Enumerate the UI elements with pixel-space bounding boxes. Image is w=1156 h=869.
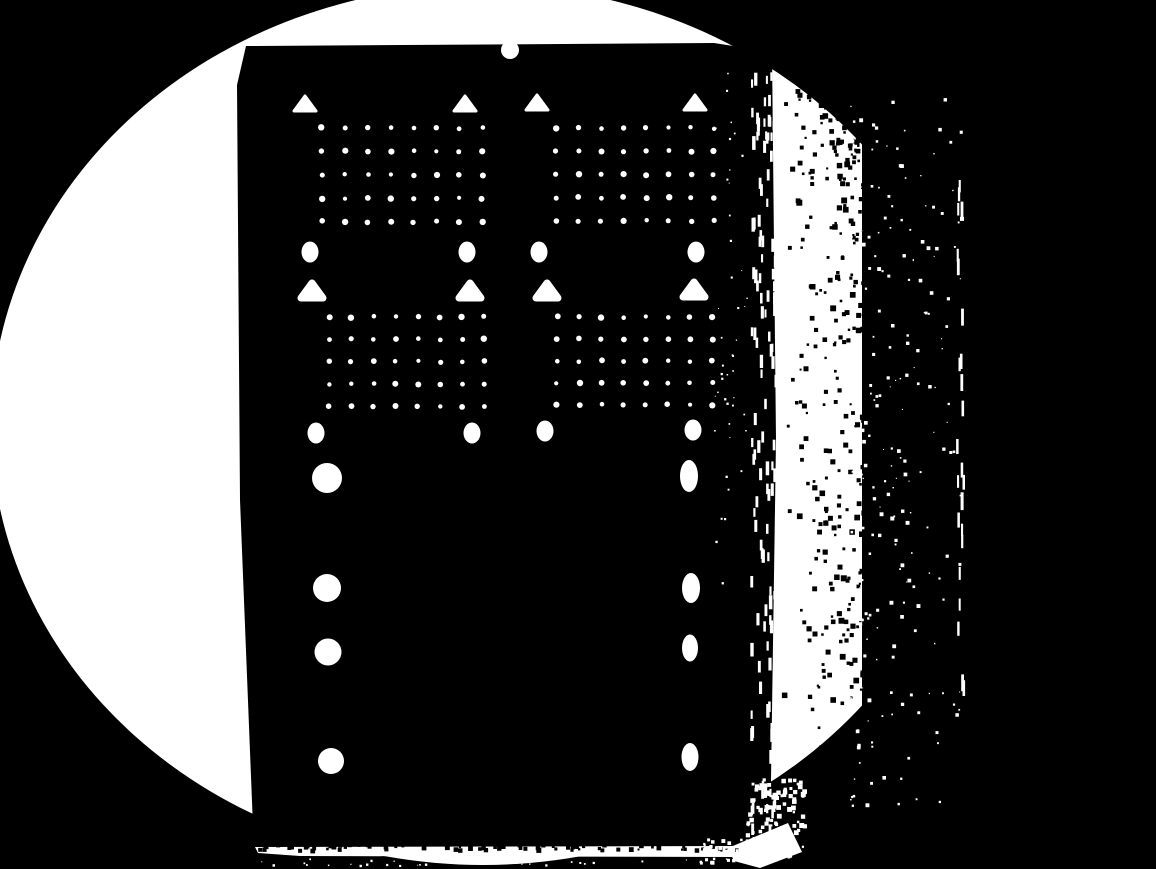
white-speckle bbox=[878, 534, 881, 537]
white-speckle bbox=[851, 698, 852, 699]
black-speckle bbox=[394, 845, 397, 848]
white-speckle bbox=[859, 157, 862, 160]
probe-dot bbox=[348, 359, 353, 364]
black-speckle bbox=[808, 695, 812, 699]
black-speckle bbox=[842, 547, 845, 550]
white-speckle bbox=[868, 236, 870, 238]
black-speckle bbox=[809, 100, 811, 102]
white-speckle bbox=[903, 602, 905, 604]
black-speckle bbox=[865, 167, 869, 171]
probe-dot bbox=[416, 359, 420, 363]
white-speckle bbox=[877, 267, 881, 271]
black-speckle bbox=[835, 88, 838, 91]
white-speckle bbox=[876, 609, 879, 612]
black-speckle bbox=[848, 739, 852, 743]
black-speckle bbox=[853, 678, 859, 684]
white-speckle bbox=[859, 762, 861, 764]
black-speckle bbox=[818, 75, 821, 78]
black-speckle bbox=[853, 285, 856, 288]
black-speckle bbox=[852, 548, 856, 552]
white-speckle bbox=[754, 844, 756, 846]
white-speckle bbox=[306, 864, 308, 866]
white-speckle bbox=[859, 186, 861, 188]
probe-dot bbox=[343, 197, 347, 201]
white-speckle bbox=[871, 741, 873, 743]
probe-dot bbox=[415, 404, 420, 409]
white-speckle bbox=[760, 355, 763, 368]
white-speckle bbox=[754, 841, 756, 843]
white-speckle bbox=[861, 429, 865, 433]
black-speckle bbox=[825, 510, 828, 513]
white-speckle bbox=[863, 654, 866, 657]
white-speckle bbox=[851, 531, 854, 534]
white-speckle bbox=[579, 862, 581, 864]
white-speckle bbox=[854, 138, 856, 140]
black-speckle bbox=[851, 154, 853, 156]
black-speckle bbox=[854, 515, 860, 521]
white-speckle bbox=[761, 826, 765, 830]
black-speckle bbox=[616, 848, 620, 852]
white-speckle bbox=[773, 591, 775, 599]
white-speckle bbox=[480, 861, 481, 862]
white-speckle bbox=[850, 313, 854, 317]
white-speckle bbox=[851, 590, 852, 591]
white-speckle bbox=[942, 448, 945, 451]
black-speckle bbox=[863, 67, 868, 72]
white-speckle bbox=[875, 404, 878, 407]
black-speckle bbox=[831, 615, 833, 617]
probe-dot bbox=[343, 126, 348, 131]
probe-dot bbox=[689, 172, 695, 178]
white-speckle bbox=[864, 421, 868, 425]
white-speckle bbox=[896, 478, 897, 479]
white-speckle bbox=[942, 599, 944, 601]
oval-marker bbox=[459, 242, 476, 263]
white-speckle bbox=[883, 449, 884, 450]
white-speckle bbox=[852, 520, 853, 521]
white-speckle bbox=[767, 552, 769, 561]
probe-dot bbox=[349, 336, 354, 341]
white-speckle bbox=[920, 471, 922, 473]
white-speckle bbox=[853, 396, 856, 399]
black-speckle bbox=[836, 138, 840, 142]
white-speckle bbox=[715, 128, 717, 130]
white-speckle bbox=[856, 730, 860, 734]
black-speckle bbox=[478, 847, 482, 851]
white-speckle bbox=[949, 451, 952, 454]
white-speckle bbox=[328, 865, 330, 867]
probe-dot bbox=[553, 402, 559, 408]
black-speckle bbox=[850, 93, 853, 96]
white-speckle bbox=[894, 539, 897, 542]
probe-dot bbox=[479, 196, 485, 202]
probe-dot bbox=[457, 196, 461, 200]
white-speckle bbox=[893, 487, 894, 488]
black-speckle bbox=[812, 586, 817, 591]
white-speckle bbox=[741, 846, 744, 849]
black-speckle bbox=[812, 130, 816, 134]
white-speckle bbox=[749, 818, 754, 823]
probe-dot bbox=[481, 125, 486, 130]
white-speckle bbox=[898, 803, 900, 805]
black-speckle bbox=[518, 845, 520, 847]
white-speckle bbox=[571, 861, 573, 863]
white-speckle bbox=[957, 513, 960, 528]
probe-dot bbox=[343, 172, 347, 176]
black-speckle bbox=[840, 300, 843, 303]
oval-marker bbox=[464, 423, 481, 444]
black-speckle bbox=[857, 160, 860, 163]
probe-dot bbox=[621, 337, 627, 343]
white-speckle bbox=[953, 451, 956, 454]
white-speckle bbox=[748, 812, 752, 816]
white-speckle bbox=[929, 693, 930, 694]
black-speckle bbox=[800, 774, 805, 779]
white-speckle bbox=[857, 744, 860, 747]
black-speckle bbox=[834, 534, 836, 536]
white-speckle bbox=[521, 864, 522, 865]
white-speckle bbox=[793, 811, 795, 813]
white-speckle bbox=[884, 217, 887, 220]
probe-dot bbox=[712, 218, 717, 223]
black-speckle bbox=[804, 436, 809, 441]
black-speckle bbox=[298, 849, 302, 853]
white-speckle bbox=[753, 508, 755, 517]
white-speckle bbox=[764, 399, 767, 409]
black-speckle bbox=[348, 843, 352, 847]
probe-dot bbox=[598, 337, 603, 342]
white-speckle bbox=[775, 375, 778, 388]
black-speckle bbox=[788, 509, 792, 513]
black-speckle bbox=[821, 80, 824, 83]
black-speckle bbox=[809, 284, 813, 288]
white-speckle bbox=[765, 822, 769, 826]
probe-dot bbox=[411, 173, 416, 178]
white-speckle bbox=[909, 229, 911, 231]
white-speckle bbox=[722, 365, 724, 367]
white-speckle bbox=[899, 164, 902, 167]
black-speckle bbox=[860, 689, 862, 691]
screenshot-root: Binarized black-and-white photograph of … bbox=[0, 0, 1156, 869]
black-speckle bbox=[845, 758, 848, 761]
white-speckle bbox=[957, 203, 959, 216]
probe-dot bbox=[621, 402, 626, 407]
probe-dot bbox=[577, 314, 582, 319]
black-speckle bbox=[849, 277, 852, 280]
probe-dot bbox=[327, 382, 331, 386]
probe-dot bbox=[411, 196, 416, 201]
black-speckle bbox=[802, 620, 806, 624]
oval-alignment-spot bbox=[682, 635, 698, 662]
black-speckle bbox=[800, 369, 802, 371]
black-speckle bbox=[802, 173, 805, 176]
probe-dot bbox=[365, 125, 370, 130]
black-speckle bbox=[842, 85, 845, 88]
probe-dot bbox=[688, 336, 694, 342]
probe-dot bbox=[621, 171, 627, 177]
white-speckle bbox=[713, 858, 715, 860]
black-speckle bbox=[836, 271, 839, 274]
black-speckle bbox=[805, 137, 807, 139]
white-speckle bbox=[738, 853, 741, 856]
probe-dot bbox=[320, 173, 325, 178]
black-speckle bbox=[850, 403, 852, 405]
black-speckle bbox=[582, 844, 585, 847]
oval-marker bbox=[537, 421, 554, 442]
probe-dot bbox=[576, 171, 582, 177]
white-speckle bbox=[726, 179, 728, 181]
white-speckle bbox=[958, 222, 960, 224]
white-speckle bbox=[701, 852, 704, 855]
probe-dot bbox=[598, 219, 603, 224]
white-speckle bbox=[789, 787, 792, 790]
black-speckle bbox=[262, 848, 266, 852]
probe-dot bbox=[666, 171, 672, 177]
white-speckle bbox=[417, 865, 418, 866]
probe-dot bbox=[688, 195, 693, 200]
black-speckle bbox=[454, 847, 459, 852]
probe-dot bbox=[600, 402, 605, 407]
probe-dot bbox=[553, 172, 558, 177]
white-speckle bbox=[641, 861, 643, 863]
black-speckle bbox=[523, 847, 527, 851]
black-speckle bbox=[841, 702, 845, 706]
white-speckle bbox=[783, 802, 787, 806]
oval-marker bbox=[531, 242, 548, 263]
probe-dot bbox=[342, 219, 348, 225]
probe-dot bbox=[710, 148, 716, 154]
white-speckle bbox=[947, 297, 950, 300]
probe-dot bbox=[710, 380, 715, 385]
black-speckle bbox=[846, 508, 849, 511]
white-speckle bbox=[715, 541, 717, 543]
black-speckle bbox=[841, 198, 847, 204]
white-speckle bbox=[908, 579, 912, 583]
black-speckle bbox=[817, 549, 820, 552]
black-speckle bbox=[836, 799, 841, 804]
black-speckle bbox=[847, 662, 850, 665]
white-speckle bbox=[895, 544, 897, 546]
black-speckle bbox=[852, 234, 854, 236]
black-speckle bbox=[358, 844, 361, 847]
white-speckle bbox=[934, 643, 935, 644]
white-speckle bbox=[874, 255, 876, 257]
black-speckle bbox=[848, 329, 850, 331]
white-speckle bbox=[892, 644, 896, 648]
white-speckle bbox=[715, 396, 716, 397]
black-speckle bbox=[681, 849, 683, 851]
white-speckle bbox=[861, 618, 862, 619]
black-speckle bbox=[824, 448, 829, 453]
probe-dot bbox=[342, 148, 348, 154]
white-speckle bbox=[770, 824, 772, 826]
white-speckle bbox=[793, 790, 797, 794]
white-speckle bbox=[903, 254, 906, 257]
black-speckle bbox=[854, 95, 859, 100]
black-speckle bbox=[815, 292, 818, 295]
white-speckle bbox=[760, 812, 763, 815]
black-speckle bbox=[802, 404, 807, 409]
probe-dot bbox=[555, 313, 561, 319]
black-speckle bbox=[842, 119, 847, 124]
black-speckle bbox=[852, 768, 857, 773]
probe-dot bbox=[456, 172, 462, 178]
white-speckle bbox=[751, 108, 753, 118]
white-speckle bbox=[705, 858, 708, 861]
black-speckle bbox=[817, 530, 822, 535]
black-speckle bbox=[834, 319, 838, 323]
white-speckle bbox=[729, 138, 731, 140]
black-speckle bbox=[850, 685, 854, 689]
black-speckle bbox=[258, 848, 262, 852]
black-speckle bbox=[850, 292, 856, 298]
black-speckle bbox=[683, 848, 687, 852]
white-speckle bbox=[871, 746, 873, 748]
white-speckle bbox=[890, 517, 894, 521]
probe-dot bbox=[576, 149, 581, 154]
white-speckle bbox=[775, 796, 779, 800]
white-speckle bbox=[935, 387, 936, 388]
white-speckle bbox=[773, 292, 776, 304]
black-speckle bbox=[858, 71, 863, 76]
black-speckle bbox=[854, 280, 858, 284]
white-speckle bbox=[861, 474, 863, 476]
probe-dot bbox=[688, 125, 692, 129]
white-speckle bbox=[929, 572, 930, 573]
white-speckle bbox=[717, 851, 720, 854]
white-speckle bbox=[759, 682, 762, 694]
white-speckle bbox=[771, 344, 773, 352]
white-speckle bbox=[851, 139, 854, 142]
white-speckle bbox=[938, 577, 940, 579]
white-speckle bbox=[917, 604, 921, 608]
white-speckle bbox=[878, 232, 880, 234]
white-speckle bbox=[869, 614, 872, 617]
white-speckle bbox=[903, 460, 906, 463]
white-speckle bbox=[766, 76, 768, 84]
black-speckle bbox=[849, 747, 852, 750]
probe-dot bbox=[460, 337, 465, 342]
oval-marker bbox=[302, 242, 319, 263]
white-speckle bbox=[792, 847, 794, 849]
white-speckle bbox=[955, 713, 959, 717]
probe-dot bbox=[437, 315, 443, 321]
round-alignment-spot bbox=[315, 639, 342, 666]
white-speckle bbox=[909, 481, 910, 482]
white-speckle bbox=[933, 153, 934, 154]
white-speckle bbox=[947, 422, 948, 423]
probe-dot bbox=[553, 148, 558, 153]
round-alignment-spot bbox=[313, 574, 341, 602]
black-speckle bbox=[822, 669, 826, 673]
white-speckle bbox=[741, 470, 743, 472]
white-speckle bbox=[749, 841, 752, 844]
black-speckle bbox=[850, 633, 854, 637]
black-speckle bbox=[639, 844, 644, 849]
black-speckle bbox=[714, 844, 716, 846]
black-speckle bbox=[820, 122, 822, 124]
black-speckle bbox=[839, 335, 843, 339]
black-speckle bbox=[799, 444, 804, 449]
white-speckle bbox=[781, 779, 786, 784]
black-speckle bbox=[846, 338, 850, 342]
white-speckle bbox=[513, 858, 514, 859]
probe-dot bbox=[480, 219, 486, 225]
black-speckle bbox=[823, 550, 828, 555]
white-speckle bbox=[853, 305, 855, 307]
white-speckle bbox=[777, 814, 782, 819]
white-speckle bbox=[745, 430, 747, 432]
white-speckle bbox=[717, 392, 719, 394]
white-speckle bbox=[891, 465, 892, 466]
probe-dot bbox=[434, 172, 440, 178]
white-speckle bbox=[771, 834, 775, 838]
white-speckle bbox=[745, 844, 749, 848]
white-speckle bbox=[871, 534, 874, 537]
white-speckle bbox=[732, 354, 734, 356]
white-speckle bbox=[469, 860, 471, 862]
black-speckle bbox=[858, 210, 862, 214]
white-speckle bbox=[882, 776, 886, 780]
black-speckle bbox=[294, 843, 296, 845]
black-speckle bbox=[651, 846, 654, 849]
white-speckle bbox=[737, 307, 739, 309]
probe-dot bbox=[599, 172, 604, 177]
white-speckle bbox=[858, 419, 860, 421]
white-speckle bbox=[762, 781, 765, 784]
black-speckle bbox=[846, 817, 850, 821]
white-speckle bbox=[773, 121, 775, 130]
white-speckle bbox=[901, 703, 904, 706]
white-speckle bbox=[957, 259, 960, 276]
black-speckle bbox=[840, 654, 846, 660]
white-speckle bbox=[876, 659, 877, 660]
black-speckle bbox=[797, 513, 803, 519]
white-speckle bbox=[939, 801, 941, 803]
black-speckle bbox=[837, 174, 840, 177]
white-speckle bbox=[852, 471, 854, 473]
white-speckle bbox=[960, 374, 963, 391]
white-speckle bbox=[852, 537, 854, 539]
white-speckle bbox=[751, 726, 754, 738]
black-speckle bbox=[827, 256, 830, 259]
white-speckle bbox=[852, 805, 854, 807]
white-speckle bbox=[961, 202, 964, 219]
black-speckle bbox=[817, 685, 819, 687]
white-speckle bbox=[866, 639, 868, 641]
probe-dot bbox=[620, 380, 626, 386]
white-speckle bbox=[445, 860, 447, 862]
white-speckle bbox=[856, 665, 860, 669]
black-speckle bbox=[332, 845, 337, 850]
black-speckle bbox=[826, 816, 829, 819]
white-speckle bbox=[705, 855, 707, 857]
black-speckle bbox=[840, 140, 844, 144]
black-speckle bbox=[850, 76, 856, 82]
white-speckle bbox=[727, 859, 730, 862]
black-speckle bbox=[493, 845, 497, 849]
probe-dot bbox=[438, 382, 444, 388]
black-speckle bbox=[828, 516, 833, 521]
white-speckle bbox=[890, 227, 892, 229]
probe-dot bbox=[599, 357, 605, 363]
probe-dot bbox=[415, 382, 421, 388]
probe-dot bbox=[348, 315, 354, 321]
black-speckle bbox=[848, 166, 852, 170]
black-speckle bbox=[484, 848, 488, 852]
white-speckle bbox=[878, 187, 880, 189]
white-speckle bbox=[952, 190, 953, 191]
